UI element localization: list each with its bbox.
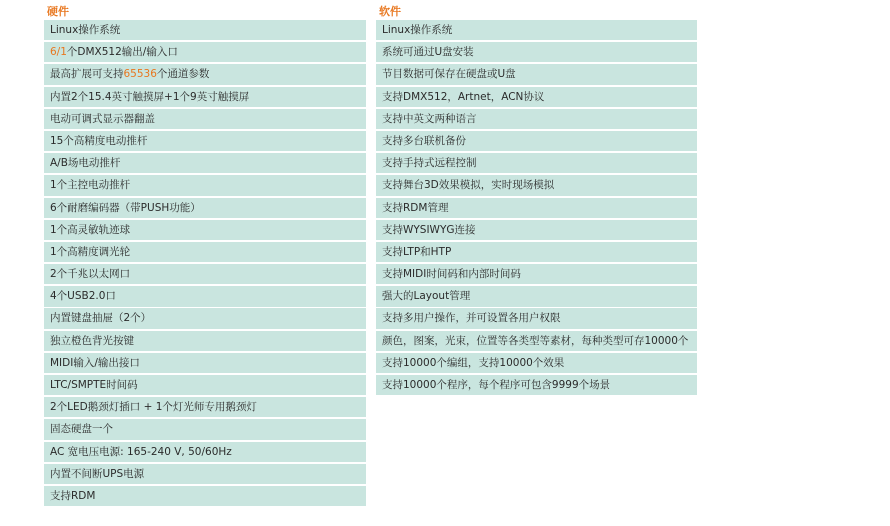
list-item: Linux操作系统 (376, 20, 697, 40)
item-text: 电动可调式显示器翻盖 (50, 113, 155, 125)
list-item: 内置2个15.4英寸触摸屏+1个9英寸触摸屏 (44, 87, 366, 107)
list-item: 支持DMX512，Artnet，ACN协议 (376, 87, 697, 107)
list-item: 强大的Layout管理 (376, 286, 697, 306)
item-text: 支持10000个编组，支持10000个效果 (382, 357, 564, 369)
item-text: 支持DMX512，Artnet，ACN协议 (382, 91, 544, 103)
item-text: Linux操作系统 (50, 24, 120, 36)
item-text: 内置2个15.4英寸触摸屏+1个9英寸触摸屏 (50, 91, 249, 103)
item-text: 支持中英文两种语言 (382, 113, 477, 125)
item-text: 独立橙色背光按键 (50, 335, 134, 347)
item-text: 1个高精度调光轮 (50, 246, 130, 258)
hardware-title: 硬件 (44, 5, 366, 19)
item-text: Linux操作系统 (382, 24, 452, 36)
item-text: 支持RDM管理 (382, 202, 448, 214)
item-text: 支持多用户操作，并可设置各用户权限 (382, 312, 561, 324)
list-item: AC 宽电压电源: 165-240 V, 50/60Hz (44, 442, 366, 462)
list-item: 4个USB2.0口 (44, 286, 366, 306)
item-text: 支持LTP和HTP (382, 246, 451, 258)
software-list: Linux操作系统系统可通过U盘安装节目数据可保存在硬盘或U盘支持DMX512，… (376, 20, 697, 395)
item-text: 内置键盘抽屉（2个） (50, 312, 151, 324)
hardware-list: Linux操作系统6/1个DMX512输出/输入口最高扩展可支持65536个通道… (44, 20, 366, 506)
highlight-value: 6/1 (50, 46, 67, 58)
item-text: 颜色，图案，光束，位置等各类型等素材，每种类型可存10000个 (382, 335, 688, 347)
list-item: LTC/SMPTE时间码 (44, 375, 366, 395)
item-text: 支持MIDI时间码和内部时间码 (382, 268, 521, 280)
list-item: 固态硬盘一个 (44, 419, 366, 439)
list-item: 支持手持式远程控制 (376, 153, 697, 173)
list-item: 支持RDM (44, 486, 366, 506)
list-item: 系统可通过U盘安装 (376, 42, 697, 62)
list-item: 6个耐磨编码器（带PUSH功能） (44, 198, 366, 218)
item-text: 个DMX512输出/输入口 (67, 46, 178, 58)
list-item: 电动可调式显示器翻盖 (44, 109, 366, 129)
list-item: 2个LED鹅颈灯插口 + 1个灯光师专用鹅颈灯 (44, 397, 366, 417)
list-item: 1个高灵敏轨迹球 (44, 220, 366, 240)
item-text: 内置不间断UPS电源 (50, 468, 144, 480)
list-item: 最高扩展可支持65536个通道参数 (44, 64, 366, 84)
hardware-column: 硬件 Linux操作系统6/1个DMX512输出/输入口最高扩展可支持65536… (44, 5, 366, 508)
software-column: 软件 Linux操作系统系统可通过U盘安装节目数据可保存在硬盘或U盘支持DMX5… (376, 5, 697, 397)
item-text: 1个主控电动推杆 (50, 179, 130, 191)
item-text: 6个耐磨编码器（带PUSH功能） (50, 202, 201, 214)
list-item: 2个千兆以太网口 (44, 264, 366, 284)
item-text: AC 宽电压电源: 165-240 V, 50/60Hz (50, 446, 232, 458)
item-text: 2个千兆以太网口 (50, 268, 130, 280)
list-item: 支持中英文两种语言 (376, 109, 697, 129)
list-item: 支持多台联机备份 (376, 131, 697, 151)
list-item: 支持RDM管理 (376, 198, 697, 218)
item-text: 强大的Layout管理 (382, 290, 470, 302)
item-text: 支持WYSIWYG连接 (382, 224, 476, 236)
list-item: MIDI输入/输出接口 (44, 353, 366, 373)
item-text: 支持手持式远程控制 (382, 157, 477, 169)
item-text: 支持RDM (50, 490, 95, 502)
list-item: 支持MIDI时间码和内部时间码 (376, 264, 697, 284)
software-title: 软件 (376, 5, 697, 19)
list-item: 颜色，图案，光束，位置等各类型等素材，每种类型可存10000个 (376, 331, 697, 351)
item-text: 节目数据可保存在硬盘或U盘 (382, 68, 516, 80)
item-text: A/B场电动推杆 (50, 157, 120, 169)
item-text: 支持多台联机备份 (382, 135, 466, 147)
list-item: 15个高精度电动推杆 (44, 131, 366, 151)
highlight-value: 65536 (124, 68, 157, 80)
item-text: 支持10000个程序，每个程序可包含9999个场景 (382, 379, 610, 391)
item-text: 15个高精度电动推杆 (50, 135, 147, 147)
list-item: A/B场电动推杆 (44, 153, 366, 173)
item-text: MIDI输入/输出接口 (50, 357, 140, 369)
list-item: 支持多用户操作，并可设置各用户权限 (376, 308, 697, 328)
item-text: 个通道参数 (157, 68, 210, 80)
item-text: 2个LED鹅颈灯插口 + 1个灯光师专用鹅颈灯 (50, 401, 257, 413)
list-item: 支持10000个编组，支持10000个效果 (376, 353, 697, 373)
list-item: 支持LTP和HTP (376, 242, 697, 262)
list-item: 6/1个DMX512输出/输入口 (44, 42, 366, 62)
item-text: 1个高灵敏轨迹球 (50, 224, 130, 236)
item-text: 4个USB2.0口 (50, 290, 116, 302)
list-item: 支持舞台3D效果模拟，实时现场模拟 (376, 175, 697, 195)
list-item: Linux操作系统 (44, 20, 366, 40)
list-item: 支持WYSIWYG连接 (376, 220, 697, 240)
list-item: 1个主控电动推杆 (44, 175, 366, 195)
list-item: 支持10000个程序，每个程序可包含9999个场景 (376, 375, 697, 395)
list-item: 内置键盘抽屉（2个） (44, 308, 366, 328)
list-item: 内置不间断UPS电源 (44, 464, 366, 484)
item-text: 固态硬盘一个 (50, 423, 113, 435)
item-text: 最高扩展可支持 (50, 68, 124, 80)
list-item: 节目数据可保存在硬盘或U盘 (376, 64, 697, 84)
item-text: 系统可通过U盘安装 (382, 46, 474, 58)
list-item: 1个高精度调光轮 (44, 242, 366, 262)
list-item: 独立橙色背光按键 (44, 331, 366, 351)
item-text: 支持舞台3D效果模拟，实时现场模拟 (382, 179, 554, 191)
item-text: LTC/SMPTE时间码 (50, 379, 138, 391)
